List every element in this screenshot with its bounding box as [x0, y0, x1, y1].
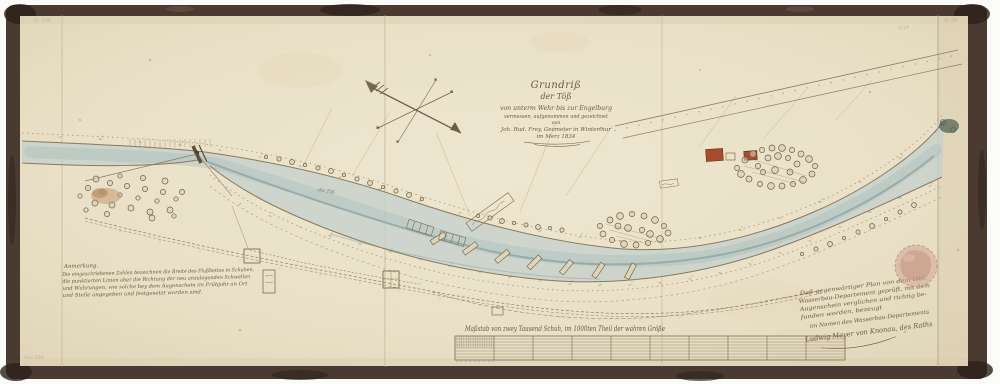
tree-icon: [769, 145, 775, 151]
pond-thicket: [939, 119, 959, 133]
archive-note-code: Tö 56: [943, 17, 958, 24]
road-dot: [722, 106, 723, 107]
road-dot: [439, 297, 440, 298]
archive-note-top-left: N° 156: [34, 17, 52, 24]
tree-icon: [734, 165, 739, 170]
tree-icon: [316, 166, 320, 170]
road-dot: [842, 79, 843, 80]
tree-icon: [870, 224, 875, 229]
tree-icon: [621, 241, 628, 248]
tree-icon: [746, 176, 752, 182]
road-dot: [519, 311, 520, 312]
station-dot: [512, 274, 513, 275]
road-dot: [686, 114, 687, 115]
station-dot: [582, 234, 583, 235]
tree-icon: [757, 181, 762, 186]
station-dot: [272, 213, 273, 214]
tree-icon: [759, 147, 764, 152]
tree-icon: [898, 210, 902, 214]
road-dot: [399, 289, 400, 290]
station-dot: [902, 155, 903, 156]
tree-icon: [800, 252, 803, 255]
tree-icon: [179, 189, 184, 194]
tree-icon: [785, 155, 790, 160]
tree-icon: [128, 205, 134, 211]
title-line-5: von: [551, 120, 560, 126]
tree-icon: [750, 151, 757, 158]
annotation-left-heading: Anmerkung.: [63, 263, 99, 270]
tree-icon: [809, 171, 815, 177]
tree-icon: [394, 189, 398, 193]
tree-icon: [814, 247, 818, 251]
road-dot: [599, 319, 600, 320]
tree-icon: [488, 216, 492, 220]
road-dot: [559, 316, 560, 317]
tree-icon: [78, 194, 82, 198]
road-dot: [199, 250, 200, 251]
tree-icon: [290, 160, 295, 165]
road-dot: [951, 55, 952, 56]
title-line-6: Joh. Rud. Frey, Geometer in Winterthur: [500, 127, 611, 133]
tree-icon: [787, 169, 793, 175]
tree-icon: [665, 230, 671, 236]
tree-icon: [641, 213, 647, 219]
road-dot: [746, 101, 747, 102]
tree-icon: [633, 242, 639, 248]
red-building: [706, 148, 724, 161]
station-dot: [742, 227, 743, 228]
eroded-bank-patch-core: [92, 188, 108, 198]
tree-icon: [597, 223, 602, 228]
road-dot: [319, 274, 320, 275]
road-dot: [891, 69, 892, 70]
tree-icon: [84, 208, 88, 212]
tree-icon: [779, 183, 785, 189]
tree-icon: [536, 225, 541, 230]
station-dot: [872, 209, 873, 210]
tree-icon: [615, 223, 621, 229]
road-dot: [903, 66, 904, 67]
tree-icon: [790, 181, 795, 186]
road-dot: [698, 111, 699, 112]
tree-icon: [149, 215, 155, 221]
tree-icon: [355, 177, 359, 181]
station-dot: [102, 136, 103, 137]
station-dot: [342, 174, 343, 175]
tree-icon: [842, 236, 845, 239]
road-dot: [119, 230, 120, 231]
road-dot: [679, 316, 680, 317]
tree-icon: [381, 185, 384, 188]
road-dot: [758, 98, 759, 99]
tree-icon: [277, 157, 281, 161]
road-dot: [794, 90, 795, 91]
tree-icon: [806, 156, 813, 163]
tree-icon: [303, 163, 306, 166]
tree-icon: [629, 211, 634, 216]
tree-icon: [772, 167, 779, 174]
tree-icon: [107, 180, 112, 185]
road-dot: [818, 85, 819, 86]
tree-icon: [789, 147, 794, 152]
tree-icon: [765, 155, 771, 161]
tree-icon: [155, 199, 159, 203]
tree-icon: [884, 217, 887, 220]
tree-icon: [607, 217, 613, 223]
tree-icon: [639, 227, 644, 232]
station-dot: [452, 263, 453, 264]
road-dot: [614, 130, 615, 131]
road-dot: [939, 58, 940, 59]
station-dot: [812, 238, 813, 239]
station-dot: [822, 199, 823, 200]
tree-icon: [661, 223, 666, 228]
tree-icon: [645, 240, 650, 245]
tree-icon: [124, 183, 129, 188]
tree-icon: [368, 181, 373, 186]
tree-icon: [476, 214, 479, 217]
road-dot: [650, 122, 651, 123]
road-dot: [927, 61, 928, 62]
road-dot: [674, 117, 675, 118]
road-dot: [359, 282, 360, 283]
tree-icon: [775, 153, 782, 160]
station-dot: [392, 249, 393, 250]
tree-icon: [828, 242, 833, 247]
tree-icon: [329, 169, 334, 174]
tree-icon: [118, 174, 122, 178]
tree-icon: [140, 175, 145, 180]
road-dot: [867, 74, 868, 75]
tree-icon: [738, 171, 745, 178]
station-dot: [182, 142, 183, 143]
road-dot: [915, 63, 916, 64]
road-dot: [639, 319, 640, 320]
tree-icon: [760, 169, 765, 174]
station-dot: [662, 239, 663, 240]
road-dot: [734, 103, 735, 104]
station-dot: [332, 233, 333, 234]
tree-icon: [174, 197, 178, 201]
tree-icon: [167, 207, 173, 213]
tree-icon: [652, 217, 659, 224]
tree-icon: [560, 228, 564, 232]
station-dot: [752, 261, 753, 262]
station-dot: [572, 281, 573, 282]
tree-icon: [162, 178, 168, 184]
road-dot: [806, 87, 807, 88]
scanned-map-photo: Grundriß der Töß von unterm Wehr bis zur…: [0, 0, 1000, 384]
road-dot: [830, 82, 831, 83]
archive-note-bottom-left: Plan 188: [24, 355, 44, 361]
tree-icon: [800, 177, 807, 184]
station-dot: [262, 154, 263, 155]
tree-icon: [93, 176, 99, 182]
road-dot: [855, 77, 856, 78]
tree-icon: [104, 211, 109, 216]
road-dot: [479, 304, 480, 305]
station-dot: [932, 183, 933, 184]
tree-icon: [85, 185, 90, 190]
tree-icon: [136, 196, 140, 200]
road-dot: [770, 95, 771, 96]
tree-icon: [742, 157, 748, 163]
scale-caption: Maßstab von zwey Tausend Schuh, im 1000t…: [464, 325, 665, 333]
road-dot: [782, 93, 783, 94]
tree-icon: [779, 145, 786, 152]
station-dot: [502, 220, 503, 221]
map-canvas: Grundriß der Töß von unterm Wehr bis zur…: [0, 0, 1000, 384]
tree-icon: [794, 161, 800, 167]
road-dot: [879, 71, 880, 72]
tree-icon: [524, 223, 528, 227]
road-dot: [626, 127, 627, 128]
tree-icon: [755, 163, 760, 168]
road-dot: [159, 240, 160, 241]
tree-icon: [160, 189, 165, 194]
tree-icon: [609, 237, 614, 242]
tree-icon: [147, 209, 153, 215]
tree-icon: [798, 151, 804, 157]
title-line-7: im Merz 1834: [537, 134, 576, 140]
tree-icon: [856, 230, 860, 234]
station-dot: [422, 198, 423, 199]
tree-icon: [342, 173, 345, 176]
tree-icon: [812, 163, 817, 168]
tree-icon: [407, 193, 412, 198]
title-line-2: der Töß: [540, 92, 571, 101]
tree-icon: [172, 214, 176, 218]
tree-icon: [600, 231, 606, 237]
tree-icon: [142, 186, 147, 191]
tree-icon: [768, 183, 775, 190]
road-dot: [239, 259, 240, 260]
road-dot: [279, 267, 280, 268]
seal-stamp-icon: [895, 245, 937, 287]
road-dot: [710, 109, 711, 110]
tree-icon: [512, 221, 515, 224]
tree-icon: [617, 213, 624, 220]
road-dot: [662, 119, 663, 120]
tree-icon: [548, 226, 551, 229]
road-dot: [638, 125, 639, 126]
title-line-3: von unterm Wehr bis zur Engelburg: [500, 105, 612, 112]
station-dot: [692, 276, 693, 277]
tree-icon: [264, 155, 267, 158]
station-dot: [632, 282, 633, 283]
tree-icon: [912, 203, 917, 208]
title-line-1: Grundriß: [531, 80, 582, 91]
